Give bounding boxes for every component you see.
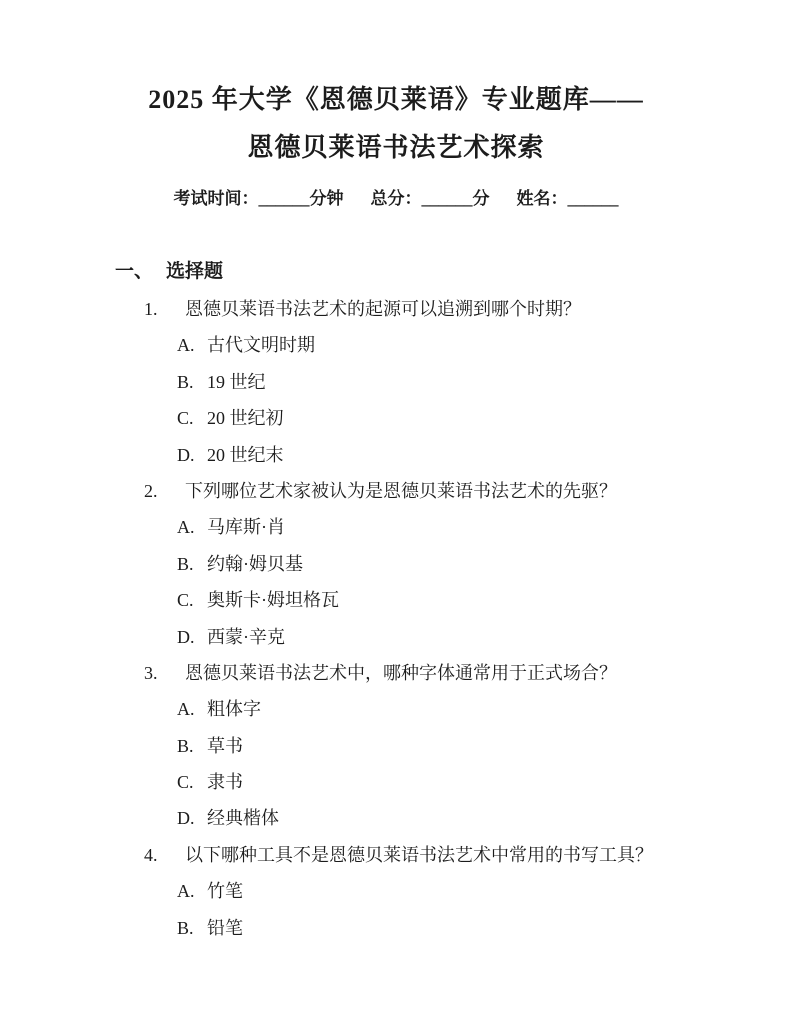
option-text: 马库斯·肖	[207, 516, 285, 539]
option-row: D. 经典楷体	[0, 807, 792, 843]
question-text: 恩德贝莱语书法艺术中，哪种字体通常用于正式场合？	[185, 662, 617, 685]
option-row: A. 马库斯·肖	[0, 516, 792, 552]
option-text: 20 世纪初	[207, 407, 284, 430]
option-text: 古代文明时期	[207, 334, 315, 357]
option-text: 草书	[207, 735, 243, 758]
student-name-group: 姓名：______	[517, 187, 619, 211]
section-heading-title: 选择题	[166, 260, 223, 284]
student-name-blank: ______	[568, 189, 619, 208]
exam-duration-group: 考试时间：______分钟	[174, 187, 344, 211]
option-row: D. 西蒙·辛克	[0, 626, 792, 662]
section-heading: 一、 选择题	[115, 260, 792, 284]
total-score-label: 总分：	[371, 189, 422, 208]
exam-paper-page: 2025 年大学《恩德贝莱语》专业题库—— 恩德贝莱语书法艺术探索 考试时间：_…	[0, 0, 792, 1025]
question-text: 以下哪种工具不是恩德贝莱语书法艺术中常用的书写工具？	[185, 844, 653, 867]
total-score-unit: 分	[473, 189, 490, 208]
option-letter: A.	[177, 698, 207, 721]
option-row: C. 隶书	[0, 771, 792, 807]
option-row: C. 奥斯卡·姆坦格瓦	[0, 589, 792, 625]
total-score-group: 总分：______分	[371, 187, 490, 211]
option-text: 隶书	[207, 771, 243, 794]
option-row: B. 草书	[0, 735, 792, 771]
option-letter: D.	[177, 444, 207, 467]
question-list: 1. 恩德贝莱语书法艺术的起源可以追溯到哪个时期？ A. 古代文明时期 B. 1…	[0, 298, 792, 953]
option-row: B. 19 世纪	[0, 371, 792, 407]
option-row: B. 铅笔	[0, 917, 792, 953]
option-text: 粗体字	[207, 698, 261, 721]
option-row: A. 粗体字	[0, 698, 792, 734]
page-title: 2025 年大学《恩德贝莱语》专业题库—— 恩德贝莱语书法艺术探索	[0, 76, 792, 172]
question-text: 下列哪位艺术家被认为是恩德贝莱语书法艺术的先驱？	[185, 480, 617, 503]
option-row: C. 20 世纪初	[0, 407, 792, 443]
option-text: 20 世纪末	[207, 444, 284, 467]
option-letter: B.	[177, 553, 207, 576]
page-title-line-2: 恩德贝莱语书法艺术探索	[0, 124, 792, 172]
option-row: A. 竹笔	[0, 880, 792, 916]
option-text: 19 世纪	[207, 371, 266, 394]
question-row: 3. 恩德贝莱语书法艺术中，哪种字体通常用于正式场合？	[0, 662, 792, 698]
question-number: 3.	[144, 662, 185, 685]
exam-duration-unit: 分钟	[310, 189, 344, 208]
question-row: 1. 恩德贝莱语书法艺术的起源可以追溯到哪个时期？	[0, 298, 792, 334]
option-letter: D.	[177, 807, 207, 830]
option-row: B. 约翰·姆贝基	[0, 553, 792, 589]
section-heading-number: 一、	[115, 260, 153, 284]
question-number: 4.	[144, 844, 185, 867]
student-name-label: 姓名：	[517, 189, 568, 208]
option-letter: B.	[177, 371, 207, 394]
exam-duration-blank: ______	[259, 189, 310, 208]
option-letter: D.	[177, 626, 207, 649]
option-text: 约翰·姆贝基	[207, 553, 303, 576]
total-score-blank: ______	[422, 189, 473, 208]
option-text: 竹笔	[207, 880, 243, 903]
question-number: 1.	[144, 298, 185, 321]
option-letter: B.	[177, 917, 207, 940]
question-row: 2. 下列哪位艺术家被认为是恩德贝莱语书法艺术的先驱？	[0, 480, 792, 516]
question-row: 4. 以下哪种工具不是恩德贝莱语书法艺术中常用的书写工具？	[0, 844, 792, 880]
option-letter: A.	[177, 334, 207, 357]
option-text: 奥斯卡·姆坦格瓦	[207, 589, 339, 612]
option-row: A. 古代文明时期	[0, 334, 792, 370]
option-letter: C.	[177, 589, 207, 612]
option-text: 经典楷体	[207, 807, 279, 830]
option-letter: A.	[177, 880, 207, 903]
option-letter: B.	[177, 735, 207, 758]
option-letter: C.	[177, 407, 207, 430]
page-title-line-1: 2025 年大学《恩德贝莱语》专业题库——	[0, 76, 792, 124]
exam-info-row: 考试时间：______分钟 总分：______分 姓名：______	[0, 187, 792, 211]
question-number: 2.	[144, 480, 185, 503]
option-row: D. 20 世纪末	[0, 444, 792, 480]
option-text: 西蒙·辛克	[207, 626, 285, 649]
exam-duration-label: 考试时间：	[174, 189, 259, 208]
option-letter: C.	[177, 771, 207, 794]
option-text: 铅笔	[207, 917, 243, 940]
question-text: 恩德贝莱语书法艺术的起源可以追溯到哪个时期？	[185, 298, 581, 321]
option-letter: A.	[177, 516, 207, 539]
